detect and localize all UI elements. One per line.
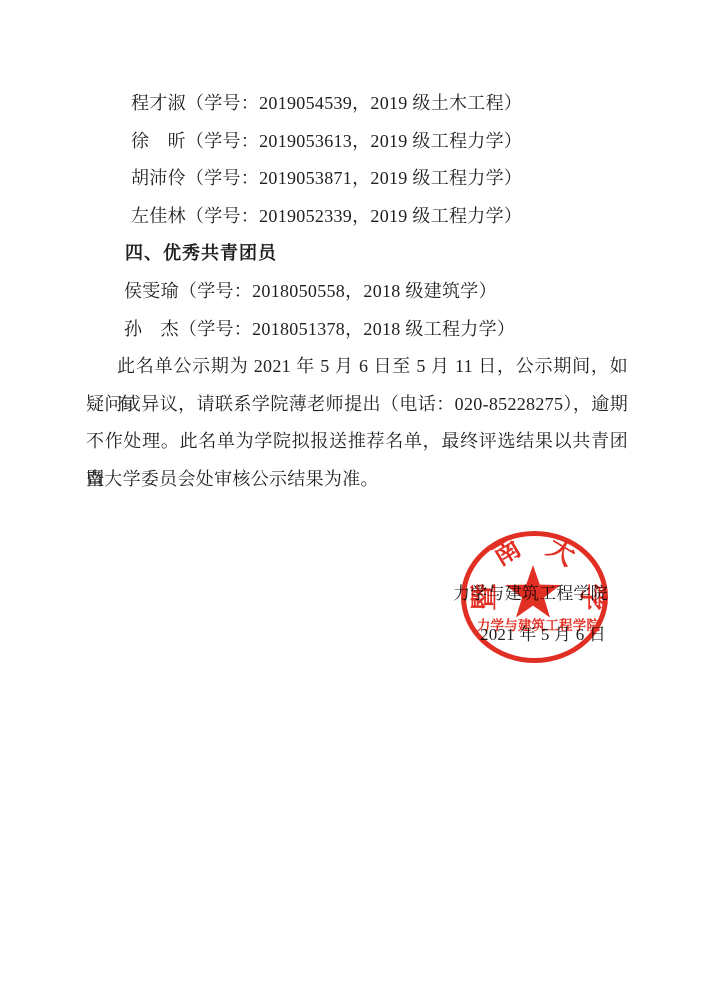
notice-paragraph-line: 不作处理。此名单为学院拟报送推荐名单，最终评选结果以共青团暨	[86, 423, 628, 461]
student-entry: 孙 杰（学号：2018051378，2018 级工程力学）	[86, 311, 628, 349]
student-entry: 左佳林（学号：2019052339，2019 级工程力学）	[86, 198, 628, 236]
student-entry: 徐 昕（学号：2019053613，2019 级工程力学）	[86, 123, 628, 161]
student-entry: 胡沛伶（学号：2019053871，2019 级工程力学）	[86, 160, 628, 198]
notice-paragraph-line: 南大学委员会处审核公示结果为准。	[86, 461, 628, 499]
notice-body: 程才淑（学号：2019054539，2019 级土木工程） 徐 昕（学号：201…	[86, 85, 628, 499]
notice-paragraph-line: 此名单公示期为 2021 年 5 月 6 日至 5 月 11 日，公示期间，如有	[86, 348, 628, 386]
official-seal: 暨 南 大 学 力学与建筑工程学院	[461, 531, 608, 663]
student-entry: 侯雯瑜（学号：2018050558，2018 级建筑学）	[86, 273, 628, 311]
seal-inner-text: 力学与建筑工程学院	[465, 614, 612, 634]
seal-arc-char: 学	[578, 584, 605, 611]
section-heading: 四、优秀共青团员	[86, 235, 628, 273]
student-entry: 程才淑（学号：2019054539，2019 级土木工程）	[86, 85, 628, 123]
notice-paragraph-line: 疑问或异议，请联系学院薄老师提出（电话：020-85228275），逾期	[86, 386, 628, 424]
document-page: { "page": { "background": "#ffffff", "te…	[0, 0, 713, 1005]
